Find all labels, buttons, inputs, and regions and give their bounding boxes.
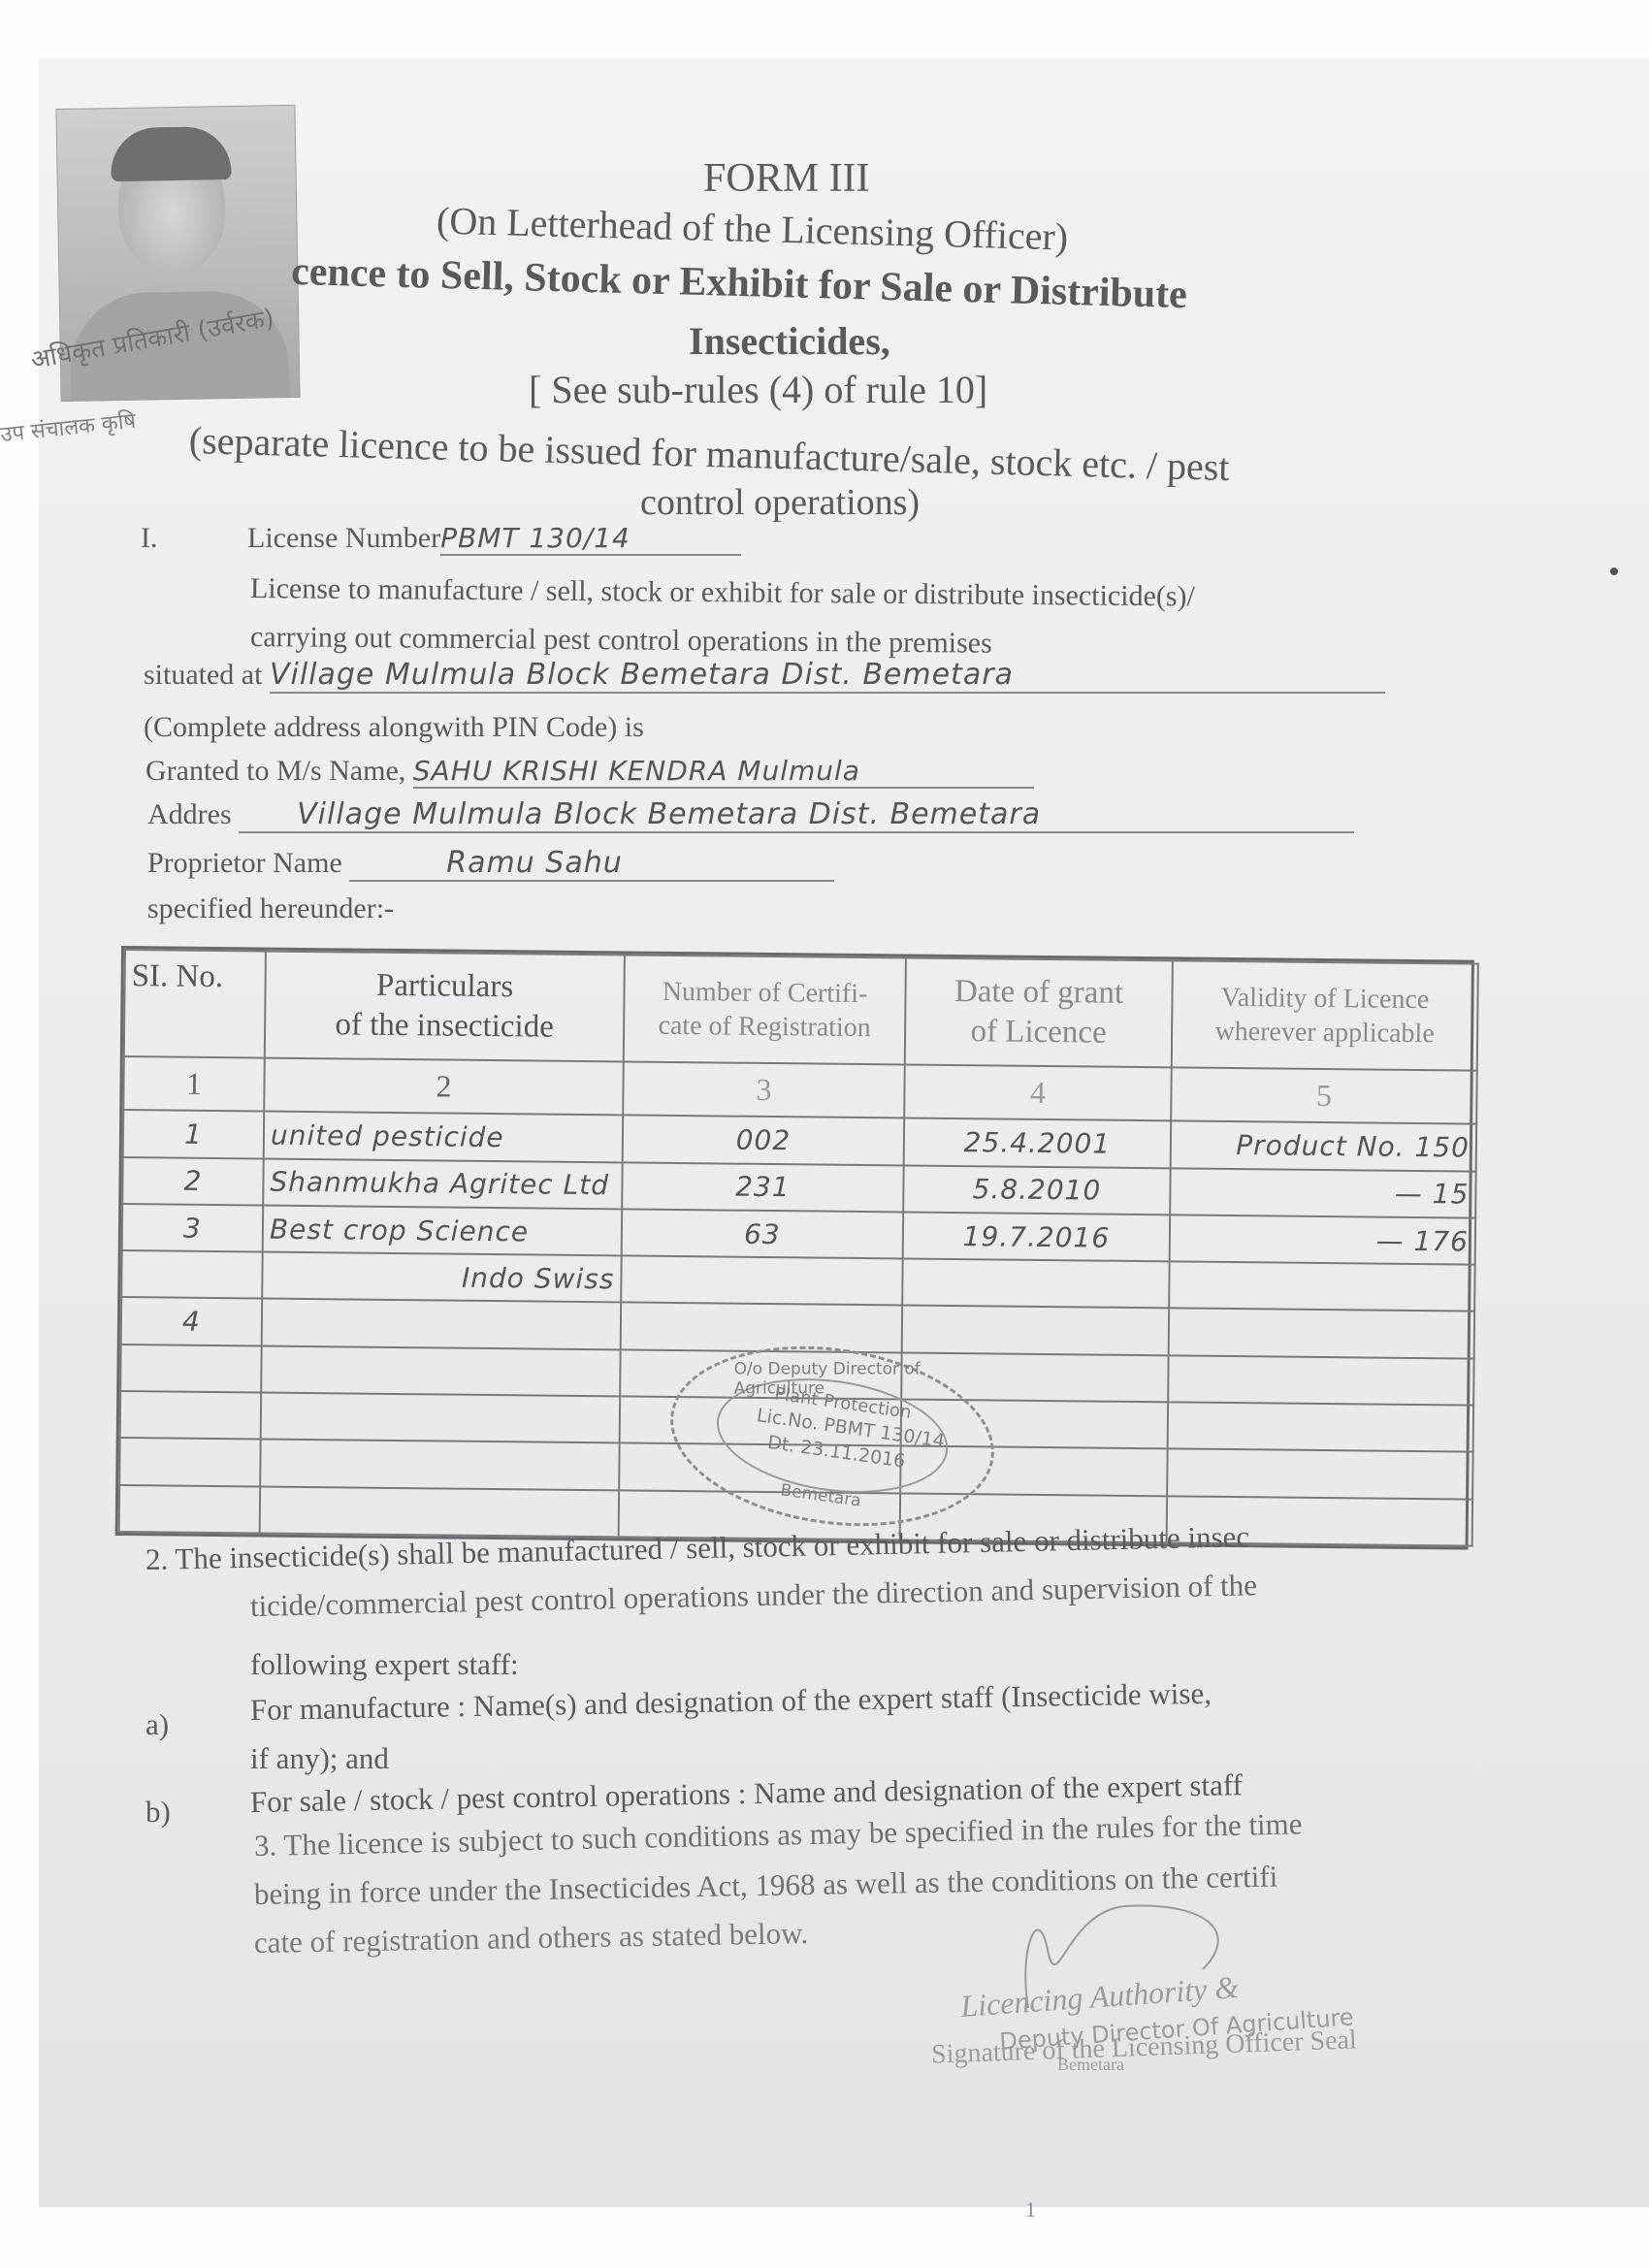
cell-reg-number: 63	[622, 1209, 903, 1258]
proprietor-field: Proprietor Name Ramu Sahu	[147, 846, 834, 882]
item-a-label: a)	[145, 1707, 169, 1742]
cell-validity: — 176	[1170, 1215, 1475, 1265]
cell-grant-date: 25.4.2001	[904, 1118, 1171, 1168]
scan-dot	[1610, 567, 1618, 575]
column-number: 4	[904, 1064, 1172, 1120]
separate-licence-note-2: control operations)	[640, 481, 920, 524]
cell-grant-date: 19.7.2016	[903, 1212, 1170, 1261]
cell-validity	[1169, 1309, 1474, 1359]
cell-particulars: Shanmukha Agritec Ltd	[263, 1158, 622, 1209]
address-label: Addres	[147, 798, 232, 830]
address-field: Addres Village Mulmula Block Bemetara Di…	[147, 797, 1354, 833]
rule-reference: [ See sub-rules (4) of rule 10]	[529, 367, 987, 412]
licence-title-line2: Insecticides,	[689, 318, 890, 364]
granted-label: Granted to M/s Name,	[145, 755, 405, 787]
cell-sl-no: 2	[122, 1157, 263, 1206]
cell-reg-number	[621, 1303, 902, 1352]
cell-grant-date	[902, 1259, 1169, 1309]
license-number-label: License Number	[247, 522, 440, 554]
cell-sl-no	[120, 1391, 261, 1440]
cell-grant-date: 5.8.2010	[903, 1165, 1170, 1215]
cell-validity	[1168, 1355, 1473, 1406]
header-grant-date: Date of grantof Licence	[905, 957, 1173, 1067]
cell-validity	[1169, 1262, 1474, 1312]
cell-sl-no: 3	[122, 1204, 263, 1252]
proprietor-label: Proprietor Name	[147, 847, 342, 879]
cell-particulars	[261, 1393, 620, 1443]
section-2-line-3: following expert staff:	[250, 1647, 519, 1682]
cell-reg-number: 231	[622, 1162, 903, 1212]
signature-line-4: Bemetara	[1057, 2055, 1124, 2075]
cell-grant-date	[902, 1306, 1169, 1355]
column-number: 5	[1171, 1067, 1477, 1124]
address-value: Village Mulmula Block Bemetara Dist. Bem…	[239, 797, 1354, 833]
form-title: FORM III	[703, 155, 870, 202]
cell-reg-number	[621, 1256, 902, 1306]
granted-field: Granted to M/s Name, SAHU KRISHI KENDRA …	[145, 755, 1034, 789]
cell-particulars: Indo Swiss	[262, 1252, 621, 1303]
license-number-value: PBMT 130/14	[440, 522, 741, 556]
cell-particulars	[260, 1440, 619, 1490]
cell-sl-no: 4	[121, 1297, 262, 1345]
cell-particulars: united pesticide	[264, 1112, 623, 1162]
cell-sl-no	[119, 1485, 260, 1534]
cell-validity: — 15	[1170, 1168, 1475, 1218]
page-mark: 1	[1025, 2197, 1036, 2222]
address-note: (Complete address alongwith PIN Code) is	[144, 711, 644, 744]
cell-validity	[1168, 1402, 1473, 1452]
cell-validity	[1167, 1449, 1472, 1500]
item-a-text-2: if any); and	[250, 1741, 389, 1776]
column-number: 2	[264, 1058, 624, 1116]
header-sl-no: SI. No.	[124, 950, 266, 1058]
column-number: 3	[623, 1061, 905, 1118]
cell-sl-no	[120, 1345, 261, 1393]
proprietor-value: Ramu Sahu	[349, 846, 834, 882]
cell-validity: Product No. 150	[1171, 1121, 1476, 1172]
specified-hereunder: specified hereunder:-	[147, 892, 394, 925]
cell-particulars	[262, 1299, 621, 1349]
cell-sl-no	[121, 1250, 262, 1299]
granted-value: SAHU KRISHI KENDRA Mulmula	[413, 755, 1034, 789]
cell-sl-no	[119, 1438, 260, 1486]
photo-hair-shape	[111, 126, 232, 181]
header-reg-number: Number of Certifi-cate of Registration	[624, 955, 906, 1064]
cell-particulars	[260, 1486, 619, 1537]
situated-field: situated at Village Mulmula Block Bemeta…	[144, 658, 1385, 694]
cell-reg-number: 002	[623, 1116, 904, 1165]
license-number-field: License NumberPBMT 130/14	[247, 522, 741, 556]
column-number: 1	[123, 1056, 265, 1112]
section-1-index: I.	[141, 522, 158, 555]
cell-particulars	[261, 1345, 620, 1396]
header-particulars: Particularsof the insecticide	[265, 952, 625, 1062]
license-to-line-2: carrying out commercial pest control ope…	[250, 621, 992, 661]
cell-sl-no: 1	[123, 1110, 264, 1158]
situated-value: Village Mulmula Block Bemetara Dist. Bem…	[270, 658, 1385, 694]
header-validity: Validity of Licencewherever applicable	[1172, 960, 1478, 1070]
cell-particulars: Best crop Science	[263, 1205, 622, 1255]
situated-label: situated at	[144, 659, 262, 691]
item-b-label: b)	[145, 1795, 171, 1830]
